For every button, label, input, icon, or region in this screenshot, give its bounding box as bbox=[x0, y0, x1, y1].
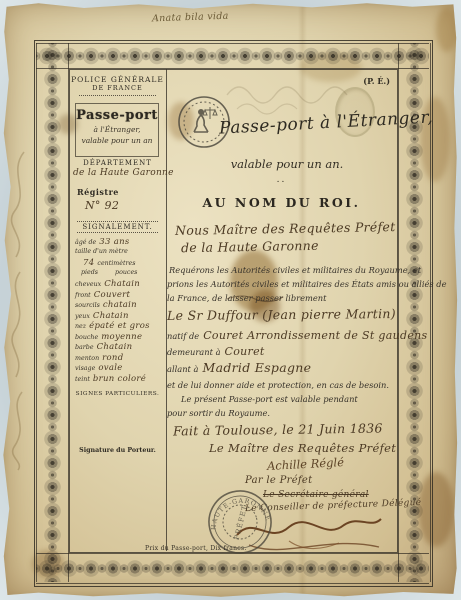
issued-date-line: Fait à Toulouse, le 21 Juin 1836 bbox=[173, 421, 383, 439]
passport-type-box: Passe-port à l'Étranger, valable pour un… bbox=[75, 103, 159, 157]
ornamental-border-left bbox=[36, 43, 69, 582]
field-label: bouche bbox=[75, 334, 98, 341]
request-line-2: prions les Autorités civiles et militair… bbox=[167, 279, 447, 289]
register-block: Régistre N° 92 bbox=[77, 187, 119, 212]
agency-name: POLICE GÉNÉRALE DE FRANCE bbox=[69, 75, 166, 93]
field-value: Couvert bbox=[94, 290, 131, 300]
signalement-header: SIGNALEMENT. bbox=[77, 221, 158, 233]
bleed-through-writing bbox=[4, 142, 34, 472]
field-label: taille d'un mètre bbox=[75, 248, 128, 255]
main-column: (P. É.) Passe-port à l'Étranger, valable… bbox=[167, 69, 396, 551]
field-value: 74 bbox=[83, 258, 94, 268]
request-line-1: Requérons les Autorités civiles et milit… bbox=[169, 265, 421, 275]
field-label: centimètres bbox=[97, 260, 135, 267]
price-line: Prix du Passe-port, Dix francs. bbox=[145, 545, 247, 552]
field-label: front bbox=[75, 292, 91, 299]
field-value: Chatain bbox=[93, 311, 129, 321]
passport-word: Passe-port bbox=[76, 108, 158, 123]
ornamental-border-top bbox=[36, 43, 429, 69]
field-label: sourcils bbox=[75, 302, 100, 309]
department-label: DÉPARTEMENT bbox=[69, 159, 166, 167]
field-value: épaté et gros bbox=[89, 321, 150, 331]
field-label: visage bbox=[75, 365, 95, 372]
field-value: 33 ans bbox=[99, 237, 129, 247]
intro-handwritten-2: de la Haute Garonne bbox=[181, 238, 319, 255]
bearer-signature-label: Signature du Porteur. bbox=[69, 447, 166, 454]
validity-word: valable pour un an bbox=[76, 136, 158, 145]
etranger-word: à l'Étranger, bbox=[76, 125, 158, 134]
dotted-rule bbox=[79, 95, 156, 96]
field-label: menton bbox=[75, 355, 99, 362]
field-label: pieds bbox=[81, 269, 98, 276]
register-label: Régistre bbox=[77, 187, 119, 197]
signer-title-line: Le Maître des Requêtes Préfet bbox=[209, 441, 396, 455]
top-annotation: Anata bila vida bbox=[152, 11, 229, 25]
hand-correction-mark bbox=[225, 293, 285, 303]
agency-line2: DE FRANCE bbox=[69, 84, 166, 93]
ornament-separator: .. bbox=[167, 175, 396, 185]
residence-label: demeurant à bbox=[167, 347, 221, 357]
destination-label: allant à bbox=[167, 364, 198, 374]
field-value: Chatain bbox=[97, 342, 133, 352]
field-value: brun coloré bbox=[93, 374, 146, 384]
royal-heading: AU NOM DU ROI. bbox=[167, 195, 396, 210]
intro-handwritten-1: Nous Maître des Requêtes Préfet bbox=[175, 219, 396, 238]
field-label: barbe bbox=[75, 344, 94, 351]
register-value: N° 92 bbox=[85, 199, 119, 212]
field-value: Chatain bbox=[104, 279, 140, 289]
protection-line: et de lui donner aide et protection, en … bbox=[167, 380, 389, 390]
field-label: yeux bbox=[75, 313, 90, 320]
prefect-signature-name: Achille Réglé bbox=[267, 455, 345, 473]
validity-line-2: pour sortir du Royaume. bbox=[167, 408, 270, 418]
field-label: pouces bbox=[115, 269, 137, 276]
destination-value: Madrid Espagne bbox=[202, 360, 311, 375]
crossed-out-title: Le Secrétaire général bbox=[263, 490, 369, 500]
department-block: DÉPARTEMENT de la Haute Garonne bbox=[69, 159, 166, 178]
field-value: ovale bbox=[98, 363, 122, 373]
field-label: âgé de bbox=[75, 239, 96, 246]
ink-stain bbox=[436, 7, 458, 52]
bearer-name-line: Le Sr Duffour (Jean pierre Martin) bbox=[167, 306, 396, 323]
validity-line-1: Le présent Passe-port est valable pendan… bbox=[181, 394, 358, 404]
sidebar-form-column: POLICE GÉNÉRALE DE FRANCE Passe-port à l… bbox=[69, 69, 167, 551]
field-value: rond bbox=[102, 353, 123, 363]
agency-line1: POLICE GÉNÉRALE bbox=[69, 75, 166, 84]
field-value: chatain bbox=[103, 300, 137, 310]
photo-background: Anata bila vida POLICE GÉNÉRALE DE FRANC… bbox=[0, 0, 461, 600]
document-subtitle: valable pour un an. bbox=[197, 157, 377, 171]
prefecture-stamp-center-text: PRÉFET bbox=[232, 504, 249, 541]
department-value: de la Haute Garonne bbox=[73, 168, 166, 178]
field-label: nez bbox=[75, 323, 86, 330]
natif-value: Couret Arrondissement de St gaudens bbox=[203, 329, 427, 342]
field-label: cheveux bbox=[75, 281, 101, 288]
field-label: teint bbox=[75, 376, 90, 383]
residence-value: Couret bbox=[225, 345, 265, 358]
natif-label: natif de bbox=[167, 331, 199, 341]
signes-particuliers-header: SIGNES PARTICULIERS. bbox=[69, 391, 166, 397]
field-value: moyenne bbox=[101, 332, 142, 342]
signalement-block: SIGNALEMENT. âgé de33 ans taille d'un mè… bbox=[69, 221, 166, 383]
passport-paper: Anata bila vida POLICE GÉNÉRALE DE FRANC… bbox=[2, 2, 458, 598]
